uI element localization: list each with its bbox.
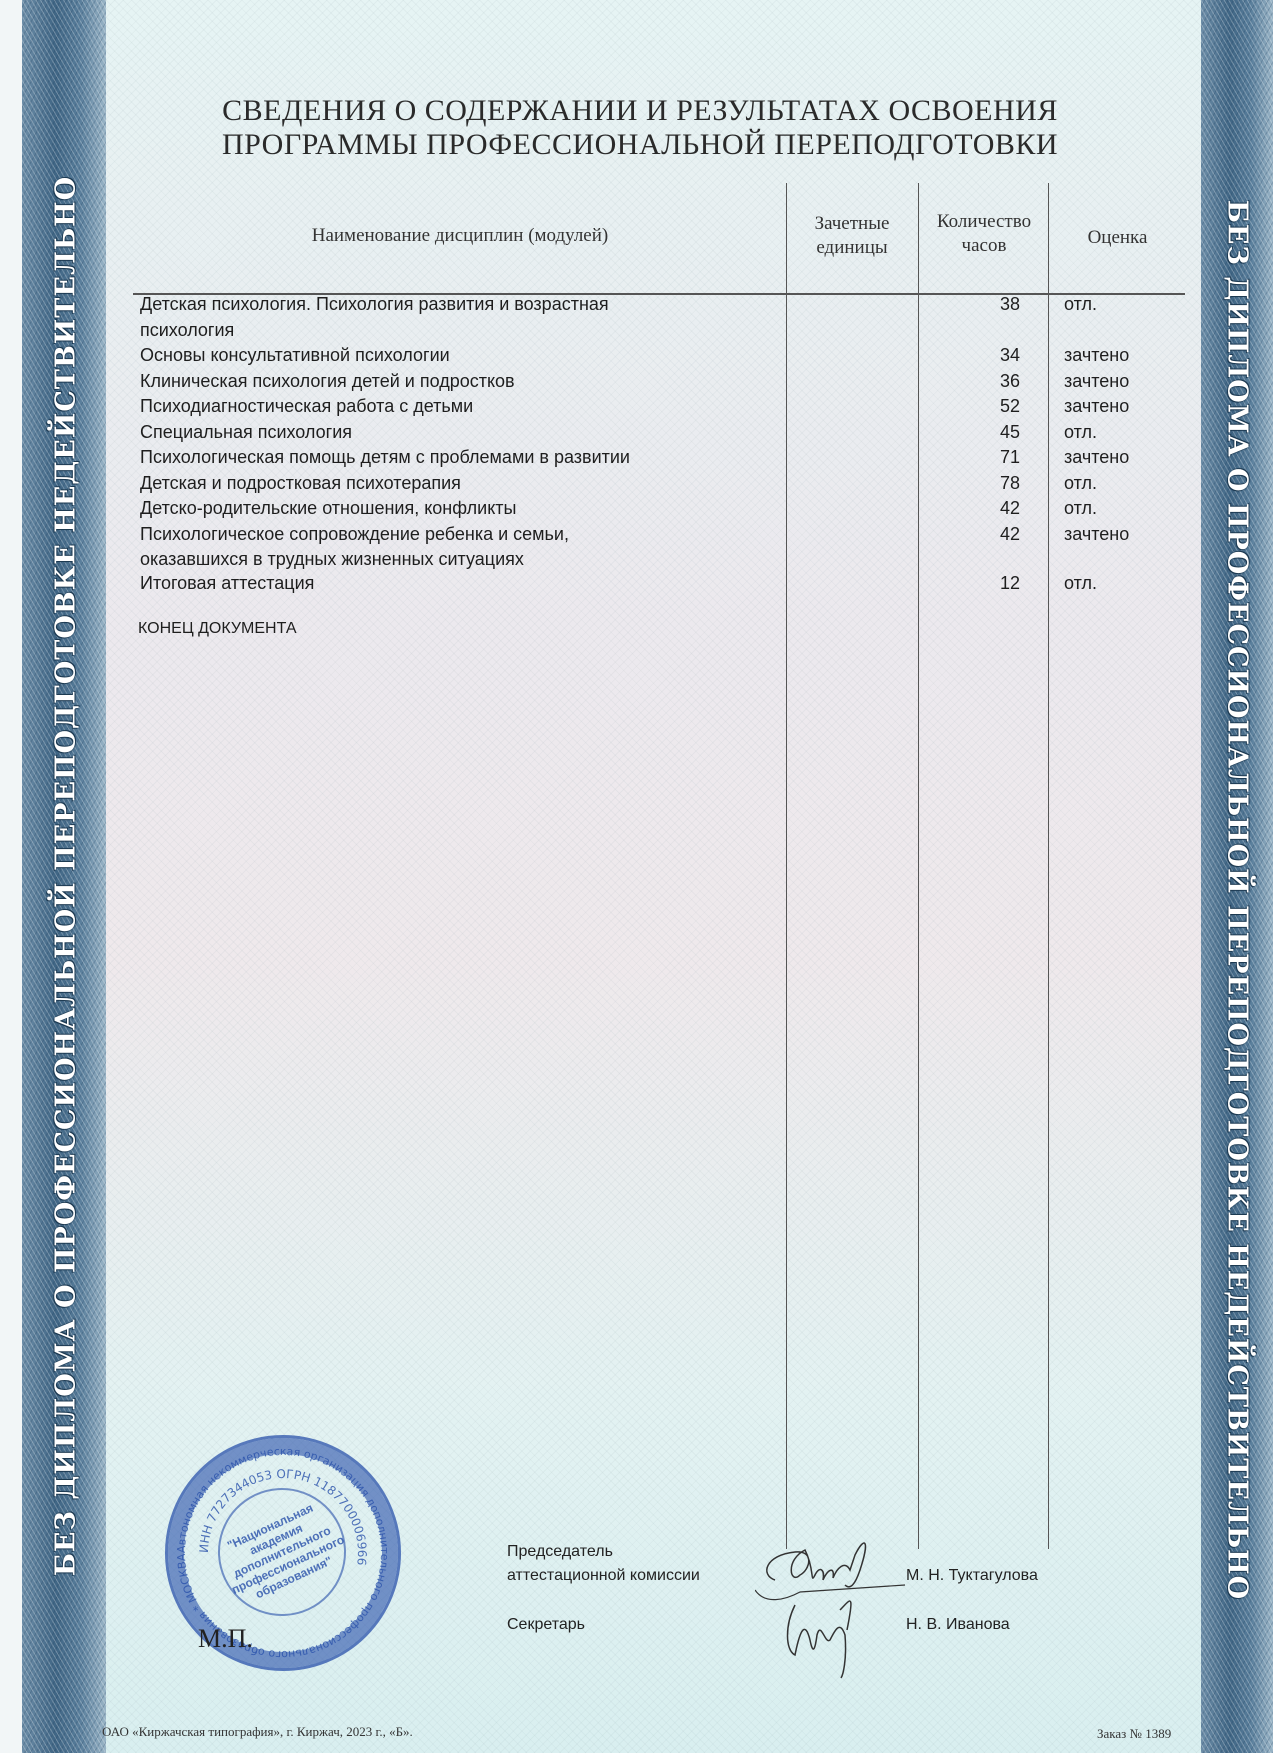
chair-label-line-2: аттестационной комиссии [507,1564,700,1588]
header-grade: Оценка [1050,226,1185,250]
hours-value: 42 [940,522,1020,548]
chair-name: М. Н. Туктагулова [906,1564,1038,1588]
table-row: Психологическое сопровождение ребенка и … [140,522,1190,573]
discipline-name-line-1: Психологическая помощь детям с проблемам… [140,445,740,471]
discipline-name: Психологическое сопровождение ребенка и … [140,522,740,573]
grade-value: отл. [1064,496,1097,522]
discipline-name-line-2: оказавшихся в трудных жизненных ситуация… [140,547,740,573]
table-row: Психодиагностическая работа с детьми52за… [140,394,1190,420]
security-border-left-text: БЕЗ ДИПЛОМА О ПРОФЕССИОНАЛЬНОЙ ПЕРЕПОДГО… [51,176,82,1576]
discipline-name: Детская психология. Психология развития … [140,292,740,343]
discipline-name-line-1: Психодиагностическая работа с детьми [140,394,740,420]
grade-value: зачтено [1064,394,1129,420]
page-title: СВЕДЕНИЯ О СОДЕРЖАНИИ И РЕЗУЛЬТАТАХ ОСВО… [140,94,1140,162]
header-hours: Количество часов [920,210,1048,258]
hours-value: 42 [940,496,1020,522]
end-of-document-note: КОНЕЦ ДОКУМЕНТА [138,620,297,638]
discipline-name-line-1: Детская психология. Психология развития … [140,292,740,318]
grade-value: зачтено [1064,343,1129,369]
discipline-name-line-2: психология [140,318,740,344]
handwritten-signatures [755,1530,915,1680]
table-row: Итоговая аттестация12отл. [140,571,1190,597]
title-line-2: ПРОГРАММЫ ПРОФЕССИОНАЛЬНОЙ ПЕРЕПОДГОТОВК… [140,128,1140,162]
discipline-name-line-1: Специальная психология [140,420,740,446]
discipline-name: Детско-родительские отношения, конфликты [140,496,740,522]
hours-value: 45 [940,420,1020,446]
discipline-name: Клиническая психология детей и подростко… [140,369,740,395]
discipline-name-line-1: Основы консультативной психологии [140,343,740,369]
grade-value: отл. [1064,420,1097,446]
grade-value: отл. [1064,571,1097,597]
discipline-name: Основы консультативной психологии [140,343,740,369]
title-line-1: СВЕДЕНИЯ О СОДЕРЖАНИИ И РЕЗУЛЬТАТАХ ОСВО… [140,94,1140,128]
security-border-right-text: БЕЗ ДИПЛОМА О ПРОФЕССИОНАЛЬНОЙ ПЕРЕПОДГО… [1222,200,1253,1600]
discipline-name: Детская и подростковая психотерапия [140,471,740,497]
hours-value: 34 [940,343,1020,369]
table-row: Клиническая психология детей и подростко… [140,369,1190,395]
grade-value: отл. [1064,292,1097,318]
secretary-name: Н. В. Иванова [906,1613,1010,1637]
table-row: Детская психология. Психология развития … [140,292,1190,343]
discipline-name-line-1: Психологическое сопровождение ребенка и … [140,522,740,548]
discipline-name-line-1: Детская и подростковая психотерапия [140,471,740,497]
hours-value: 52 [940,394,1020,420]
grade-value: зачтено [1064,445,1129,471]
hours-value: 38 [940,292,1020,318]
hours-value: 36 [940,369,1020,395]
chair-label: Председатель аттестационной комиссии [507,1540,700,1588]
discipline-table-body: Детская психология. Психология развития … [140,292,1190,596]
grade-value: зачтено [1064,522,1129,548]
scan-margin [0,0,22,1753]
order-number: Заказ № 1389 [1097,1726,1171,1742]
header-credits-line-1: Зачетные [788,212,916,236]
header-discipline-name: Наименование дисциплин (модулей) [140,224,780,248]
table-row: Детская и подростковая психотерапия78отл… [140,471,1190,497]
table-row: Психологическая помощь детям с проблемам… [140,445,1190,471]
discipline-name: Специальная психология [140,420,740,446]
grade-value: отл. [1064,471,1097,497]
hours-value: 12 [940,571,1020,597]
chair-label-line-1: Председатель [507,1540,700,1564]
header-credits-line-2: единицы [788,236,916,260]
hours-value: 71 [940,445,1020,471]
discipline-name: Психодиагностическая работа с детьми [140,394,740,420]
header-hours-line-2: часов [920,234,1048,258]
header-hours-line-1: Количество [920,210,1048,234]
table-row: Специальная психология45отл. [140,420,1190,446]
discipline-name-line-1: Детско-родительские отношения, конфликты [140,496,740,522]
hours-value: 78 [940,471,1020,497]
printer-imprint: ОАО «Киржачская типография», г. Киржач, … [102,1724,413,1740]
secretary-label: Секретарь [507,1613,585,1637]
discipline-name-line-1: Итоговая аттестация [140,571,740,597]
seal-place-label: М.П. [198,1624,253,1654]
header-credits: Зачетные единицы [788,212,916,260]
discipline-name: Итоговая аттестация [140,571,740,597]
table-row: Детско-родительские отношения, конфликты… [140,496,1190,522]
discipline-name-line-1: Клиническая психология детей и подростко… [140,369,740,395]
grade-value: зачтено [1064,369,1129,395]
discipline-name: Психологическая помощь детям с проблемам… [140,445,740,471]
table-row: Основы консультативной психологии34зачте… [140,343,1190,369]
